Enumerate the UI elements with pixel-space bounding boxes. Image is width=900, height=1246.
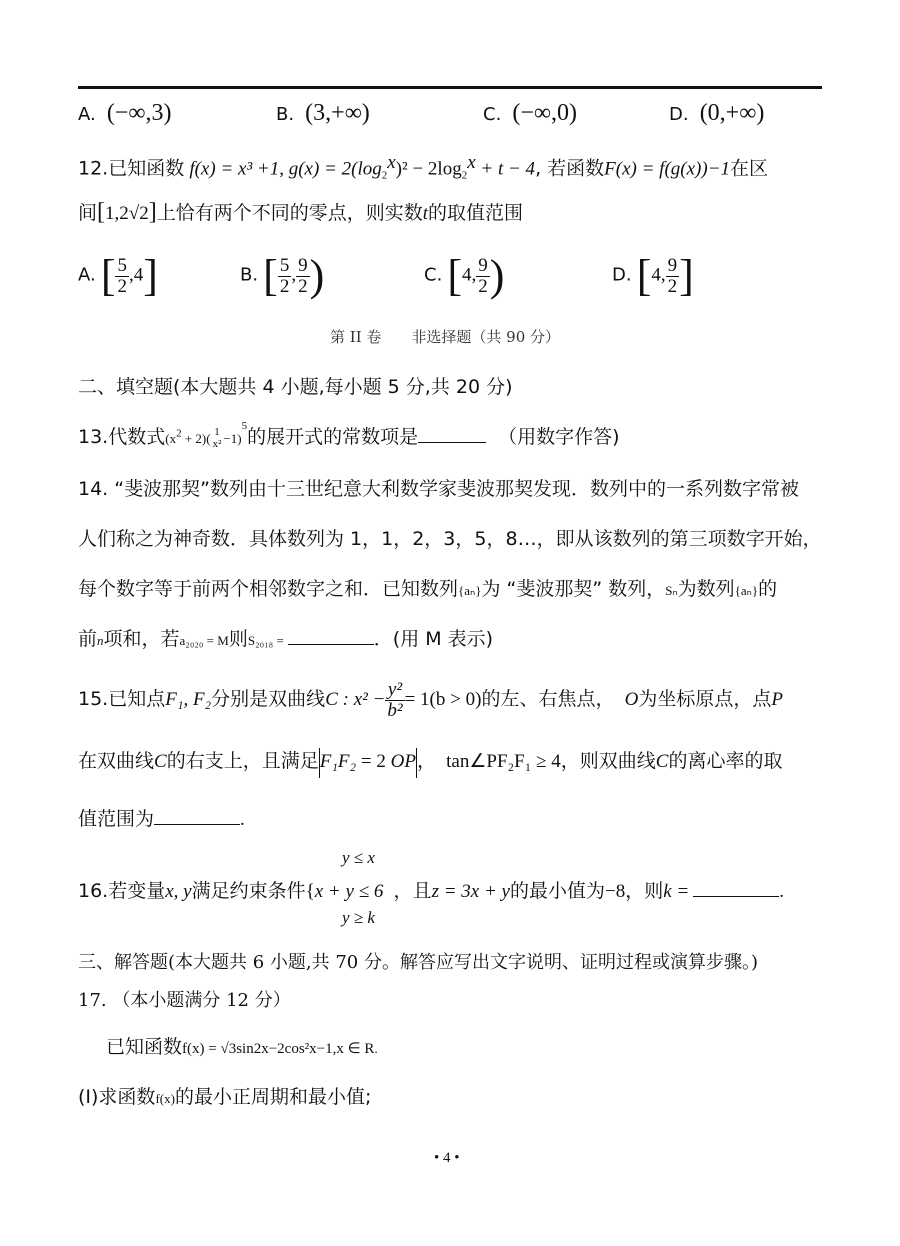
q11-option-d: D. (0,+∞) bbox=[669, 100, 764, 127]
q14-answer-blank[interactable] bbox=[288, 643, 374, 645]
q17-function: 已知函数f(x) = √3sin2x−2cos²x−1,x ∈ R. bbox=[106, 1032, 378, 1059]
q15-line1: 15.已知点F₁, F₂分别是双曲线C : x² −y²b²= 1(b > 0)… bbox=[78, 680, 783, 721]
q17-header: 17. （本小题满分 12 分） bbox=[78, 986, 291, 1012]
q11-option-a: A. (−∞,3) bbox=[78, 100, 171, 127]
q16-constraint-3: y ≥ k bbox=[342, 908, 375, 928]
q12-option-b: B. [52,92) bbox=[240, 254, 324, 298]
page-number: • 4 • bbox=[434, 1150, 460, 1167]
top-rule bbox=[78, 86, 822, 89]
q11-option-c: C. (−∞,0) bbox=[483, 100, 577, 127]
section-solve-title: 三、解答题(本大题共 6 小题,共 70 分。解答应写出文字说明、证明过程或演算… bbox=[78, 948, 758, 974]
q11-option-b: B. (3,+∞) bbox=[276, 100, 370, 127]
q14-line3: 每个数字等于前两个相邻数字之和．已知数列{aₙ}为 “斐波那契” 数列，Sₙ为数… bbox=[78, 574, 777, 601]
q15-answer-blank[interactable] bbox=[154, 823, 240, 825]
q14-line2: 人们称之为神奇数．具体数列为 1，1，2，3，5，8…，即从该数列的第三项数字开… bbox=[78, 524, 822, 551]
q14-line4: 前n项和，若a₂₀₂₀ = M则S₂₀₁₈ =．(用 M 表示) bbox=[78, 624, 493, 651]
q17-part1: (I)求函数f(x)的最小正周期和最小值; bbox=[78, 1082, 371, 1109]
q16-answer-blank[interactable] bbox=[693, 895, 779, 897]
q15-line2: 在双曲线C的右支上，且满足F₁F₂ = 2 OP， tan∠PF₂F₁ ≥ 4，… bbox=[78, 746, 782, 778]
q12-option-d: D. [4,92] bbox=[612, 254, 694, 298]
q13: 13.代数式(x2 + 2)(1x²−1)5的展开式的常数项是（用数字作答) bbox=[78, 422, 620, 450]
q12-line2: 间[1,2√2]上恰有两个不同的零点，则实数t的取值范围 bbox=[78, 198, 523, 226]
q13-answer-blank[interactable] bbox=[418, 441, 486, 443]
q16-constraint-1: y ≤ x bbox=[342, 848, 375, 868]
q16-line: 16.若变量x, y满足约束条件{x + y ≤ 6 ，且z = 3x + y的… bbox=[78, 876, 784, 903]
part2-title: 第 II 卷 非选择题（共 90 分） bbox=[330, 326, 560, 347]
q12-line1: 12.已知函数 f(x) = x³ +1, g(x) = 2(log2x)² −… bbox=[78, 152, 768, 182]
q12-option-a: A. [52,4] bbox=[78, 254, 158, 298]
q15-line3: 值范围为. bbox=[78, 804, 245, 831]
section-fill-title: 二、填空题(本大题共 4 小题,每小题 5 分,共 20 分) bbox=[78, 372, 513, 399]
q12-option-c: C. [4,92) bbox=[424, 254, 504, 298]
q14-line1: 14. “斐波那契”数列由十三世纪意大利数学家斐波那契发现．数列中的一系列数字常… bbox=[78, 474, 799, 501]
